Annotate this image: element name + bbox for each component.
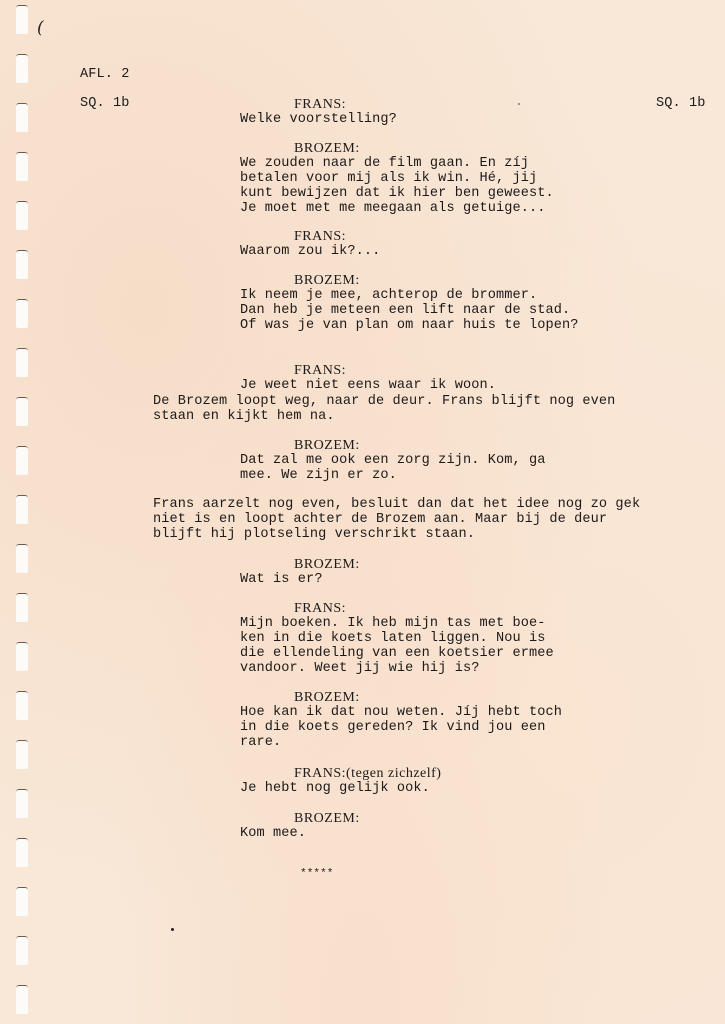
binding-hole: [16, 740, 28, 769]
handwritten-page-mark: (: [37, 18, 44, 38]
binding-hole: [16, 348, 28, 377]
speaker-name: FRANS:: [294, 601, 346, 616]
action-line: staan en kijkt hem na.: [153, 409, 335, 424]
dialogue-line: Dan heb je meteen een lift naar de stad.: [240, 303, 570, 318]
speaker-name: BROZEM:: [294, 438, 360, 453]
dialogue-line: Waarom zou ik?...: [240, 244, 380, 259]
speaker-name: BROZEM:: [294, 811, 360, 826]
binding-hole: [16, 789, 28, 818]
dialogue-line: We zouden naar de film gaan. En zíj: [240, 156, 529, 171]
binding-hole: [16, 152, 28, 181]
dialogue-line: in die koets gereden? Ik vind jou een: [240, 720, 546, 735]
dialogue-line: Wat is er?: [240, 572, 323, 587]
dialogue-line: Ik neem je mee, achterop de brommer.: [240, 288, 537, 303]
binding-hole: [16, 936, 28, 965]
binding-hole: [16, 593, 28, 622]
binding-hole: [16, 103, 28, 132]
binding-hole: [16, 299, 28, 328]
dialogue-line: betalen voor mij als ik win. Hé, jij: [240, 171, 537, 186]
dialogue-line: kunt bewijzen dat ik hier ben geweest.: [240, 186, 554, 201]
dialogue-line: Of was je van plan om naar huis te lopen…: [240, 318, 579, 333]
dialogue-line: Je moet met me meegaan als getuige...: [240, 201, 546, 216]
binding-hole: [16, 985, 28, 1014]
speaker-name: FRANS:(tegen zichzelf): [294, 766, 441, 781]
action-line: niet is en loopt achter de Brozem aan. M…: [153, 512, 607, 527]
action-line: De Brozem loopt weg, naar de deur. Frans…: [153, 394, 615, 409]
dialogue-line: mee. We zijn er zo.: [240, 468, 397, 483]
ink-speck: [171, 928, 174, 931]
action-line: Frans aarzelt nog even, besluit dan dat …: [153, 497, 640, 512]
dialogue-line: vandoor. Weet jij wie hij is?: [240, 661, 479, 676]
sequence-label-right: SQ. 1b: [656, 96, 706, 111]
binding-hole: [16, 642, 28, 671]
speaker-name: BROZEM:: [294, 690, 360, 705]
dialogue-line: Je hebt nog gelijk ook.: [240, 781, 430, 796]
ink-speck: [518, 103, 520, 105]
action-line: blijft hij plotseling verschrikt staan.: [153, 527, 475, 542]
binding-hole: [16, 201, 28, 230]
dialogue-line: Je weet niet eens waar ik woon.: [240, 378, 496, 393]
dialogue-line: Mijn boeken. Ik heb mijn tas met boe-: [240, 616, 546, 631]
dialogue-line: die ellendeling van een koetsier ermee: [240, 646, 554, 661]
binding-hole: [16, 250, 28, 279]
episode-label: AFL. 2: [80, 67, 130, 82]
end-marker: *****: [300, 867, 334, 882]
speaker-name: BROZEM:: [294, 141, 360, 156]
binding-hole: [16, 397, 28, 426]
binding-hole: [16, 544, 28, 573]
dialogue-line: rare.: [240, 735, 281, 750]
speaker-name: FRANS:: [294, 97, 346, 112]
dialogue-line: Kom mee.: [240, 826, 306, 841]
binding-hole: [16, 446, 28, 475]
speaker-name: BROZEM:: [294, 273, 360, 288]
dialogue-line: ken in die koets laten liggen. Nou is: [240, 631, 546, 646]
binding-hole: [16, 691, 28, 720]
binding-hole: [16, 887, 28, 916]
sequence-label-left: SQ. 1b: [80, 96, 130, 111]
dialogue-line: Hoe kan ik dat nou weten. Jíj hebt toch: [240, 705, 562, 720]
binding-hole: [16, 54, 28, 83]
dialogue-line: Dat zal me ook een zorg zijn. Kom, ga: [240, 453, 546, 468]
binding-hole: [16, 838, 28, 867]
dialogue-line: Welke voorstelling?: [240, 112, 397, 127]
binding-hole: [16, 5, 28, 34]
speaker-name: FRANS:: [294, 363, 346, 378]
speaker-name: BROZEM:: [294, 557, 360, 572]
binding-hole: [16, 495, 28, 524]
speaker-name: FRANS:: [294, 229, 346, 244]
